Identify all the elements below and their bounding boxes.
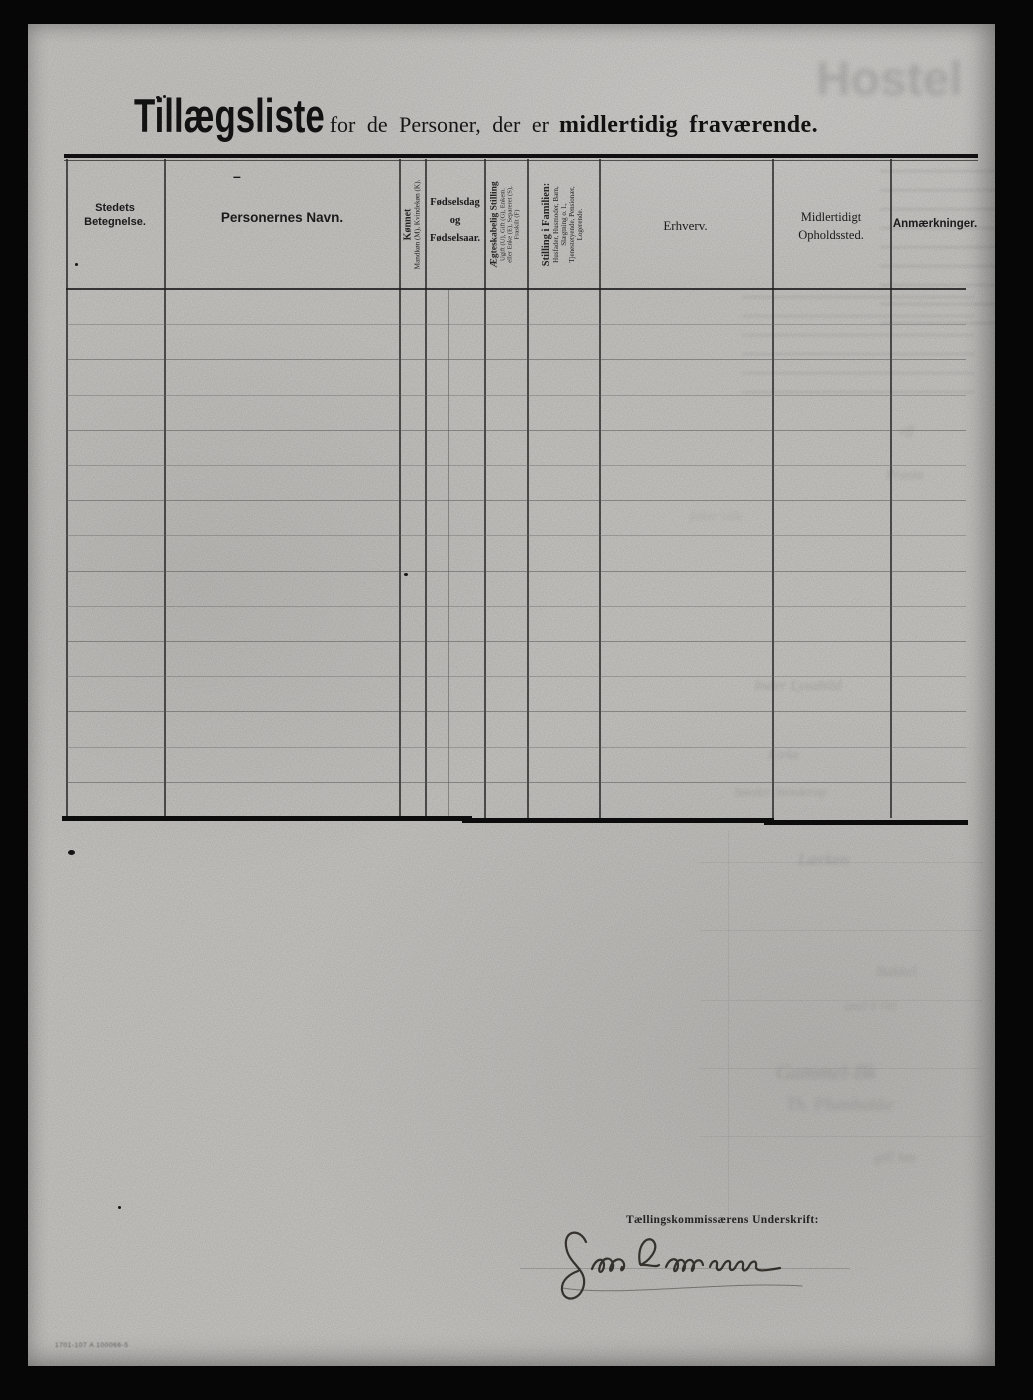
col-header-family-sub4: Logerende.: [577, 182, 585, 265]
col-header-residence-line1: Midlertidigt: [774, 208, 888, 226]
col-header-marital-sub3: Fraskilt (F): [514, 181, 521, 267]
scan-speck: [68, 850, 75, 855]
col-header-occupation: Erhverv.: [601, 218, 770, 234]
commissioner-signature: Joen Rasmussen: [552, 1224, 822, 1308]
scan-speck: [118, 1206, 121, 1209]
signature-baseline: [520, 1268, 850, 1269]
table-header-bottom-rule: [66, 288, 966, 290]
table-bottom-rule: [462, 818, 774, 823]
col-header-birth: Fødselsdag og Fødselsaar.: [427, 194, 483, 248]
col-header-family-position: Stilling i Familien: Husfader, Husmoder,…: [527, 162, 599, 286]
col-header-name: Personernes Navn.: [168, 210, 396, 227]
printer-imprint: 1701-107 A 100066-5: [55, 1342, 129, 1349]
scan-speck: [163, 95, 166, 98]
col-header-birth-line2: og: [427, 212, 483, 230]
col-header-sex-main: Kønnet: [403, 179, 414, 269]
table-bottom-rule: [62, 816, 472, 821]
col-header-residence-line2: Opholdssted.: [774, 226, 888, 244]
table-bottom-rule: [764, 820, 968, 825]
col-header-sex-sub: Mandkøn (M), Kvindekøn (K).: [414, 179, 422, 269]
scan-speck: [75, 263, 78, 266]
col-header-family-main: Stilling i Familien:: [542, 182, 553, 265]
page-title-mid: for de Personer, der er: [330, 112, 549, 138]
col-header-marital-main: Ægteskabelig Stilling: [490, 181, 500, 267]
scanner-bed: HosteleffPrastøſeller villeInder Lysabil…: [0, 0, 1033, 1400]
col-header-place-line1: Stedets: [68, 202, 162, 216]
col-header-temporary-residence: Midlertidigt Opholdssted.: [774, 208, 888, 244]
page-title: Tillægsliste for de Personer, der er mid…: [134, 88, 818, 143]
dash-mark: –: [233, 168, 241, 184]
page-title-bold: midlertidig fraværende.: [559, 112, 818, 139]
col-header-birth-line3: Fødselsaar.: [427, 230, 483, 248]
col-header-sex: Kønnet Mandkøn (M), Kvindekøn (K).: [399, 162, 425, 286]
col-header-place: Stedets Betegnelse.: [68, 202, 162, 230]
col-header-marital: Ægteskabelig Stilling Ugift (U), Gift (G…: [484, 162, 527, 286]
bleedthrough-rule: [728, 830, 729, 1230]
scan-speck: [156, 96, 160, 99]
col-header-place-line2: Betegnelse.: [68, 216, 162, 230]
col-header-remarks: Anmærkninger.: [892, 217, 978, 231]
scan-speck: [404, 573, 408, 576]
col-header-birth-line1: Fødselsdag: [427, 194, 483, 212]
